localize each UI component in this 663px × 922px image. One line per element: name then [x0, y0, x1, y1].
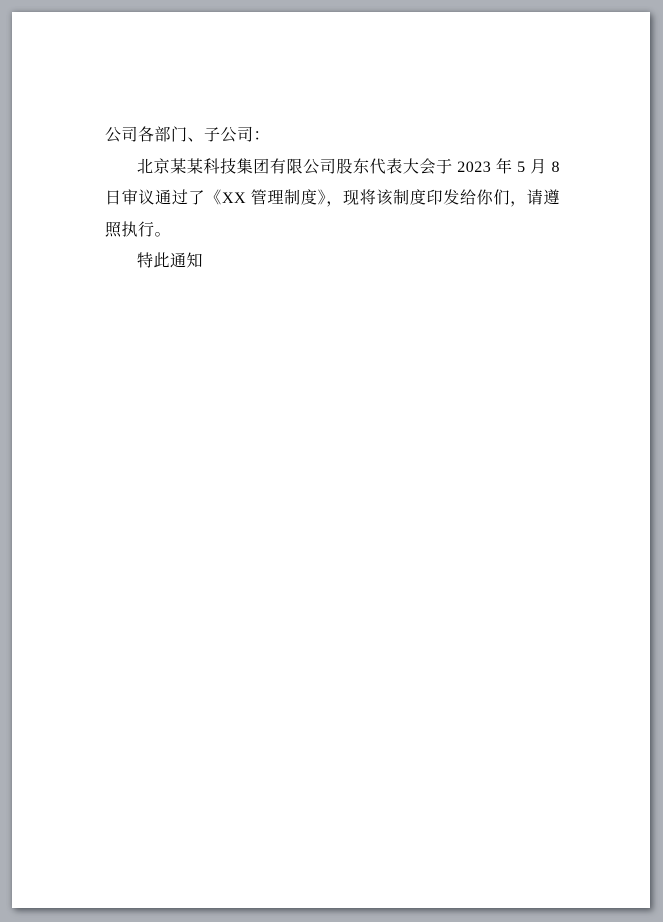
- document-body: 公司各部门、子公司： 北京某某科技集团有限公司股东代表大会于 2023 年 5 …: [105, 120, 560, 278]
- document-page: 公司各部门、子公司： 北京某某科技集团有限公司股东代表大会于 2023 年 5 …: [12, 12, 650, 908]
- notice-paragraph: 北京某某科技集团有限公司股东代表大会于 2023 年 5 月 8 日审议通过了《…: [105, 152, 560, 247]
- document-viewer-background: 公司各部门、子公司： 北京某某科技集团有限公司股东代表大会于 2023 年 5 …: [0, 0, 663, 922]
- closing-line: 特此通知: [105, 246, 560, 278]
- salutation-line: 公司各部门、子公司：: [105, 120, 560, 152]
